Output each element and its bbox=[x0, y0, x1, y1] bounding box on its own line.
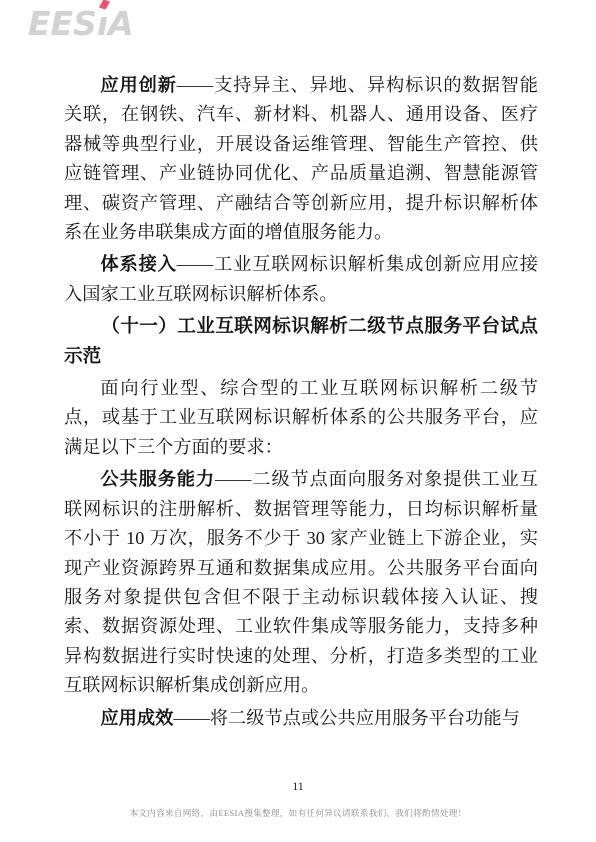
eesia-logo: EESıA bbox=[28, 4, 134, 44]
page-number: 11 bbox=[0, 779, 596, 794]
paragraph-text: 面向行业型、综合型的工业互联网标识解析二级节点，或基于工业互联网标识解析体系的公… bbox=[64, 378, 538, 457]
paragraph-lead: 应用创新 bbox=[100, 75, 176, 95]
paragraph-text: ——二级节点面向服务对象提供工业互联网标识的注册解析、数据管理等能力，日均标识解… bbox=[64, 469, 538, 695]
paragraph-lead: 应用成效 bbox=[100, 708, 173, 728]
logo-text-right: A bbox=[108, 4, 134, 43]
section-heading-eleven: （十一）工业互联网标识解析二级节点服务平台试点示范 bbox=[64, 312, 538, 371]
paragraph-intro-requirements: 面向行业型、综合型的工业互联网标识解析二级节点，或基于工业互联网标识解析体系的公… bbox=[64, 374, 538, 462]
paragraph-application-innovation: 应用创新——支持异主、异地、异构标识的数据智能关联，在钢铁、汽车、新材料、机器人… bbox=[64, 71, 538, 247]
paragraph-public-service-capability: 公共服务能力——二级节点面向服务对象提供工业互联网标识的注册解析、数据管理等能力… bbox=[64, 465, 538, 700]
footer-disclaimer: 本文内容来自网络，由EESIA搜集整理，如有任何异议请联系我们，我们将酌情处理！ bbox=[0, 807, 596, 819]
paragraph-text: ——支持异主、异地、异构标识的数据智能关联，在钢铁、汽车、新材料、机器人、通用设… bbox=[64, 75, 538, 242]
document-body: 应用创新——支持异主、异地、异构标识的数据智能关联，在钢铁、汽车、新材料、机器人… bbox=[64, 71, 538, 733]
paragraph-text: ——将二级节点或公共应用服务平台功能与 bbox=[173, 708, 520, 728]
logo-text-left: EES bbox=[28, 4, 97, 43]
paragraph-lead: 体系接入 bbox=[100, 254, 176, 274]
logo-letter-i: ı bbox=[97, 4, 108, 44]
paragraph-lead: 公共服务能力 bbox=[100, 469, 215, 489]
document-page: EESıA 应用创新——支持异主、异地、异构标识的数据智能关联，在钢铁、汽车、新… bbox=[0, 0, 596, 842]
paragraph-system-access: 体系接入——工业互联网标识解析集成创新应用应接入国家工业互联网标识解析体系。 bbox=[64, 250, 538, 309]
paragraph-application-results: 应用成效——将二级节点或公共应用服务平台功能与 bbox=[64, 704, 538, 733]
